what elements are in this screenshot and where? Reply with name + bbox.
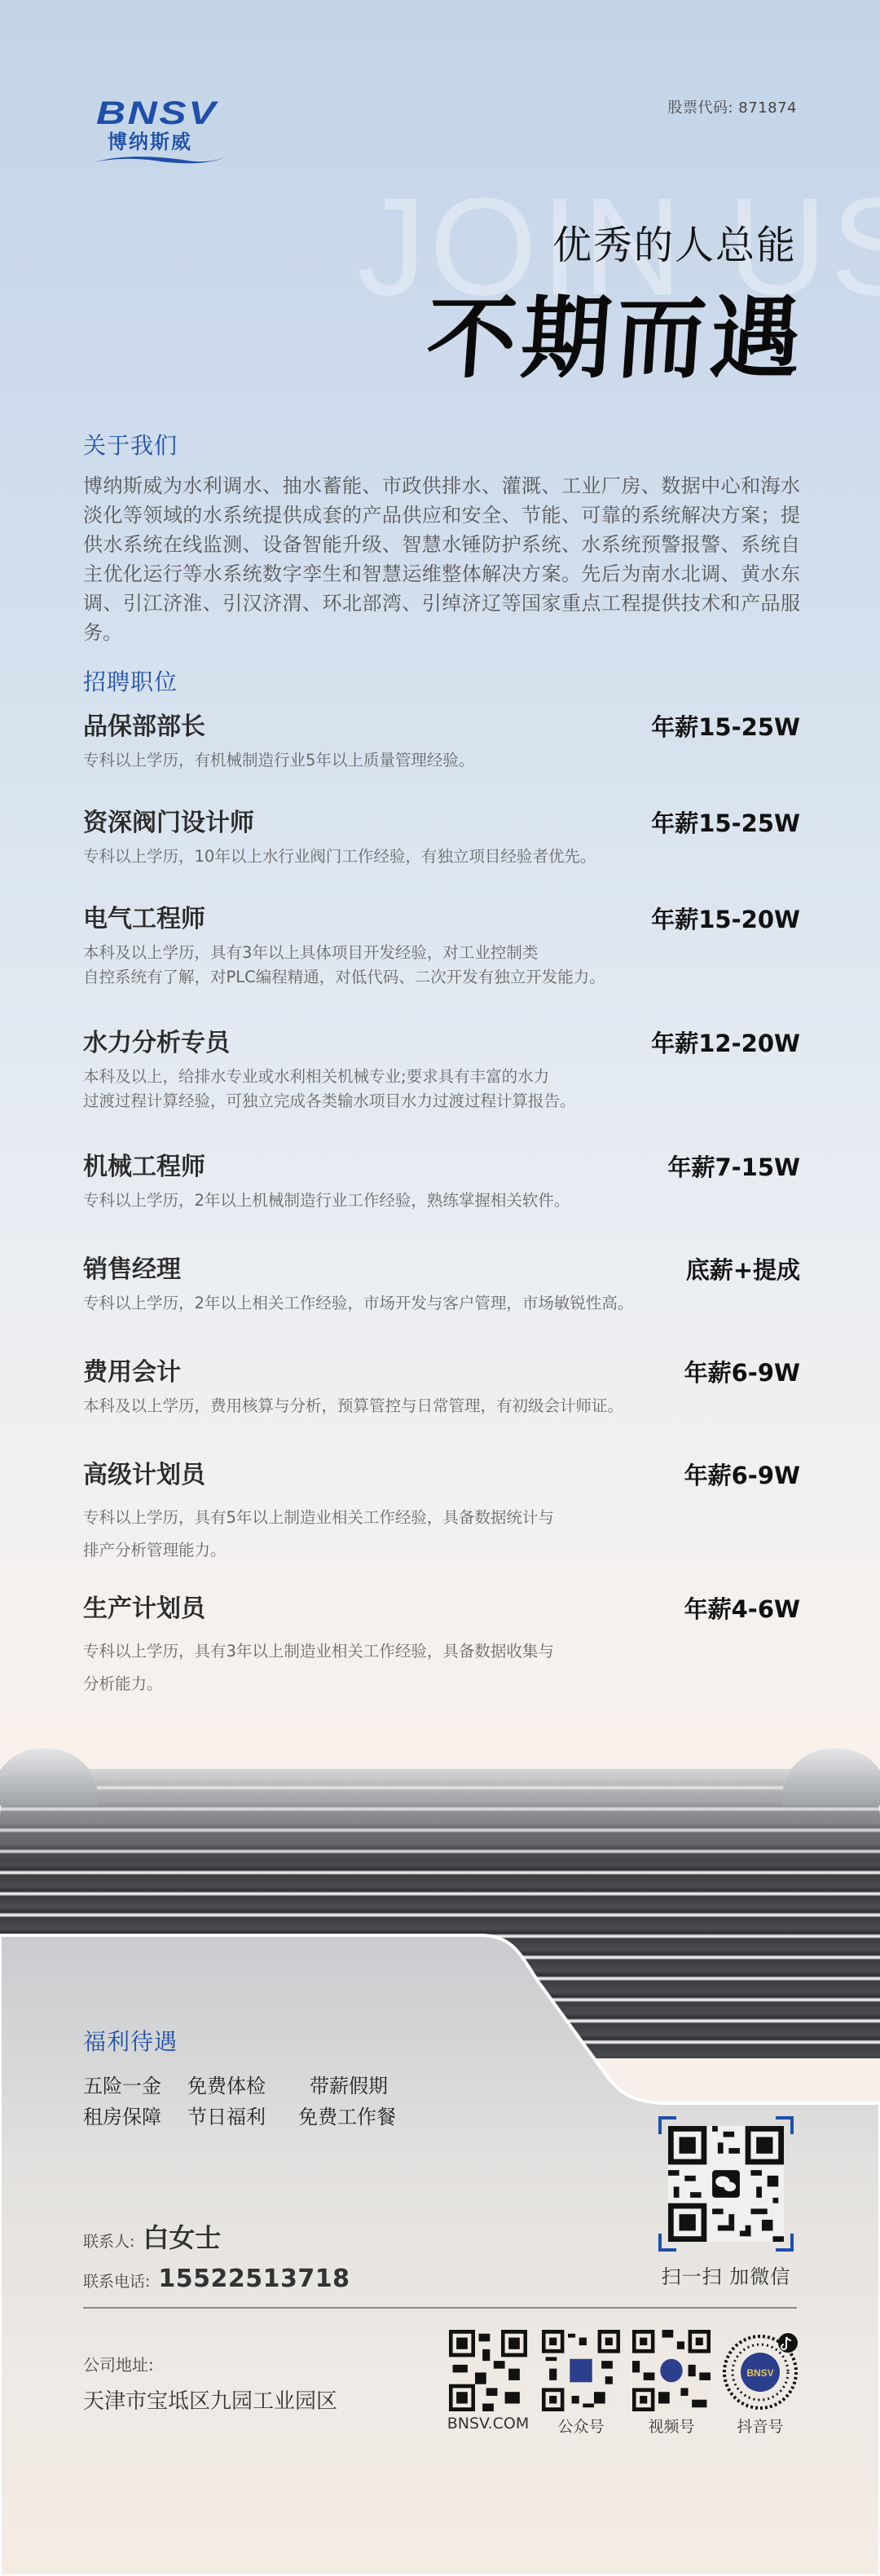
job-salary: 年薪15-25W [651, 711, 800, 743]
contact-name-label: 联系人: [83, 2230, 134, 2252]
qr-website-label: BNSV.COM [443, 2415, 533, 2433]
benefit-item: 免费工作餐 [298, 2102, 429, 2133]
benefit-item: 租房保障 [83, 2102, 187, 2133]
contact-phone: 联系电话: 15522513718 [83, 2265, 350, 2293]
job-salary: 年薪6-9W [684, 1459, 800, 1492]
qr-icon [668, 2126, 784, 2242]
job-item: 品保部部长 年薪15-25W 专科以上学历，有机械制造行业5年以上质量管理经验。 [83, 711, 800, 773]
logo-cn-text: 博纳斯威 [108, 130, 192, 153]
job-desc: 专科以上学历，有机械制造行业5年以上质量管理经验。 [83, 748, 800, 773]
about-text: 博纳斯威为水利调水、抽水蓄能、市政供排水、灌溉、工业厂房、数据中心和海水淡化等领… [83, 471, 800, 647]
qr-official-account-label: 公众号 [536, 2415, 626, 2437]
contact-phone-label: 联系电话: [83, 2269, 150, 2291]
job-item: 资深阀门设计师 年薪15-25W 专科以上学历，10年以上水行业阀门工作经验，有… [83, 807, 800, 869]
about-title: 关于我们 [83, 428, 178, 461]
slogan-line-1: 优秀的人总能 [552, 214, 797, 270]
logo-en-text: BNSV [96, 96, 218, 130]
benefits-row: 五险一金 免费体检 带薪假期 [83, 2071, 539, 2102]
benefits-title: 福利待遇 [83, 2024, 178, 2057]
svg-text:BNSV: BNSV [746, 2367, 773, 2379]
job-desc: 专科以上学历，具有5年以上制造业相关工作经验，具备数据统计与 排产分析管理能力。 [83, 1502, 800, 1567]
logo-wave-icon [90, 153, 228, 166]
job-item: 费用会计 年薪6-9W 本科及以上学历，费用核算与分析，预算管控与日常管理，有初… [83, 1356, 800, 1418]
wechat-qr-label: 扫一扫 加微信 [658, 2261, 794, 2289]
qr-website-icon[interactable] [449, 2330, 527, 2411]
job-salary: 年薪15-25W [651, 807, 800, 840]
job-salary: 年薪12-20W [651, 1027, 800, 1060]
qr-official-account-icon[interactable] [542, 2330, 620, 2411]
job-item: 销售经理 底薪+提成 专科以上学历，2年以上相关工作经验，市场开发与客户管理，市… [83, 1254, 800, 1316]
benefit-item: 节日福利 [187, 2102, 298, 2133]
slogan-line-2: 不期而遇 [423, 285, 808, 391]
benefits-row: 租房保障 节日福利 免费工作餐 [83, 2102, 539, 2133]
job-desc: 专科以上学历，2年以上机械制造行业工作经验，熟练掌握相关软件。 [83, 1189, 800, 1213]
footer-divider [83, 2307, 797, 2309]
job-desc: 本科及以上学历，具有3年以上具体项目开发经验，对工业控制类 自控系统有了解，对P… [83, 941, 800, 990]
jobs-title: 招聘职位 [83, 664, 178, 697]
job-item: 高级计划员 年薪6-9W 专科以上学历，具有5年以上制造业相关工作经验，具备数据… [83, 1459, 800, 1567]
job-desc: 专科以上学历，2年以上相关工作经验，市场开发与客户管理，市场敏锐性高。 [83, 1291, 800, 1316]
job-salary: 年薪6-9W [684, 1356, 800, 1389]
address-label: 公司地址: [83, 2352, 154, 2375]
job-desc: 本科及以上学历，费用核算与分析，预算管控与日常管理，有初级会计师证。 [83, 1394, 800, 1418]
stock-code: 股票代码: 871874 [668, 96, 798, 117]
job-salary: 年薪15-20W [651, 903, 800, 936]
qr-video-channel-icon[interactable] [632, 2330, 711, 2411]
benefits-list: 五险一金 免费体检 带薪假期 租房保障 节日福利 免费工作餐 [83, 2071, 539, 2133]
job-salary: 底薪+提成 [686, 1254, 800, 1286]
job-item: 水力分析专员 年薪12-20W 本科及以上，给排水专业或水利相关机械专业;要求具… [83, 1027, 800, 1114]
benefit-item: 带薪假期 [298, 2071, 429, 2102]
job-desc: 本科及以上，给排水专业或水利相关机械专业;要求具有丰富的水力 过渡过程计算经验，… [83, 1065, 800, 1114]
company-logo: BNSV 博纳斯威 [90, 96, 220, 170]
contact-name-value: 白女士 [143, 2217, 221, 2255]
job-desc: 专科以上学历，具有3年以上制造业相关工作经验，具备数据收集与 分析能力。 [83, 1635, 800, 1700]
benefit-item: 五险一金 [83, 2071, 187, 2102]
contact-phone-value[interactable]: 15522513718 [158, 2265, 350, 2293]
job-desc: 专科以上学历，10年以上水行业阀门工作经验，有独立项目经验者优先。 [83, 845, 800, 869]
qr-douyin-label: 抖音号 [715, 2415, 805, 2437]
benefit-item: 免费体检 [187, 2071, 298, 2102]
contact-person: 联系人: 白女士 [83, 2217, 221, 2255]
job-salary: 年薪4-6W [684, 1593, 800, 1625]
qr-douyin-icon[interactable]: BNSV [721, 2330, 799, 2411]
qr-video-channel-label: 视频号 [627, 2415, 716, 2437]
address-value: 天津市宝坻区九园工业园区 [83, 2384, 337, 2415]
job-item: 生产计划员 年薪4-6W 专科以上学历，具有3年以上制造业相关工作经验，具备数据… [83, 1593, 800, 1700]
job-salary: 年薪7-15W [667, 1151, 800, 1184]
job-item: 机械工程师 年薪7-15W 专科以上学历，2年以上机械制造行业工作经验，熟练掌握… [83, 1151, 800, 1213]
job-item: 电气工程师 年薪15-20W 本科及以上学历，具有3年以上具体项目开发经验，对工… [83, 903, 800, 990]
wechat-qr-code[interactable] [658, 2116, 794, 2252]
